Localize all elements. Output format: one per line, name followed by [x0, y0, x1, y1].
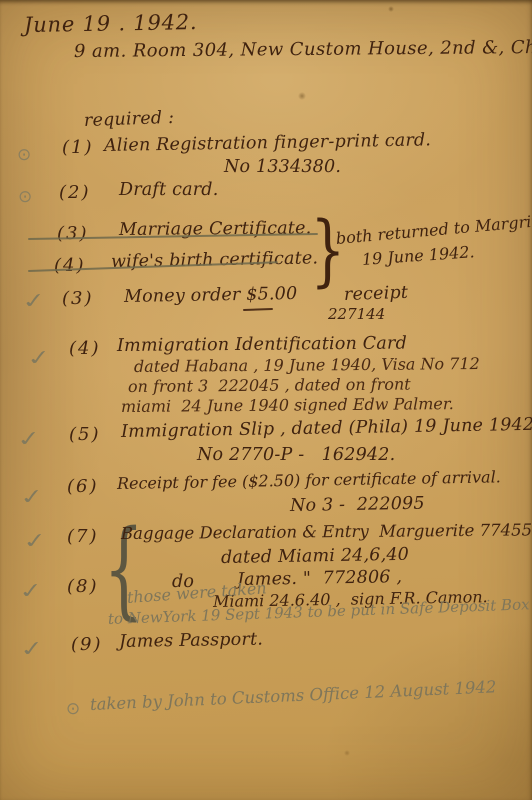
- item-number: (7): [67, 528, 99, 547]
- item-detail-line: dated Habana , 19 June 1940, Visa No 712: [134, 356, 480, 376]
- returned-note-line2: 19 June 1942.: [361, 244, 475, 269]
- item-text: Money order $5.00: [124, 285, 298, 306]
- item-number: (4): [54, 257, 86, 276]
- receipt-label: receipt: [344, 284, 409, 305]
- item-subline: No 1334380.: [224, 158, 341, 176]
- item-text: Alien Registration finger-print card.: [104, 131, 431, 155]
- section-label: required :: [84, 109, 175, 131]
- checkmark-icon: ✓: [17, 578, 44, 604]
- footer-pencil-note: taken by John to Customs Office 12 Augus…: [90, 678, 497, 713]
- item-detail-line: No 3 - 222095: [290, 495, 425, 516]
- item-number: (5): [69, 426, 101, 445]
- item-text: Baggage Declaration & Entry Marguerite 7…: [121, 521, 532, 542]
- returned-note-line1: both returned to Margrite: [335, 213, 532, 248]
- checkmark-icon: ✓: [18, 636, 45, 662]
- item-text: Draft card.: [119, 181, 218, 199]
- item-number: (8): [67, 578, 99, 597]
- header-appointment: 9 am. Room 304, New Custom House, 2nd &,…: [74, 38, 532, 62]
- item-detail-line: dated Miami 24,6,40: [221, 546, 409, 568]
- item-number: (2): [59, 184, 91, 203]
- checkmark-icon: ✓: [18, 484, 45, 510]
- checkmark-icon: ✓: [15, 426, 42, 452]
- circled-dot-icon: ⊙: [18, 187, 32, 207]
- circled-dot-icon: ⊙: [66, 699, 81, 719]
- item-detail-line: miami 24 June 1940 signed Edw Palmer.: [121, 396, 454, 416]
- item-text-struck: wife's birth certificate.: [111, 249, 319, 271]
- item-text: Immigration Identification Card: [117, 334, 407, 355]
- item-number: (6): [67, 478, 99, 497]
- checkmark-icon: ✓: [20, 288, 47, 314]
- item-number: (1): [62, 139, 94, 158]
- checkmark-icon: ✓: [21, 528, 48, 554]
- item-text: James Passport.: [119, 630, 263, 651]
- item-number: (4): [69, 340, 101, 359]
- item-detail-line: on front 3 222045 , dated on front: [128, 377, 411, 396]
- item-text: Receipt for fee ($2.50) for certificate …: [117, 469, 501, 492]
- circled-dot-icon: ⊙: [17, 145, 31, 165]
- item-number: (3): [62, 290, 94, 309]
- amount-underline: [243, 308, 273, 311]
- item-detail-line: No 2770-P - 162942.: [197, 446, 395, 464]
- brace-right-icon: }: [310, 212, 345, 290]
- header-date: June 19 . 1942.: [24, 11, 198, 36]
- item-number: (9): [71, 636, 103, 655]
- receipt-number: 227144: [328, 307, 385, 323]
- item-number: (3): [57, 225, 89, 244]
- item-text: Immigration Slip , dated (Phila) 19 June…: [121, 416, 532, 442]
- handwritten-note-page: June 19 . 1942. 9 am. Room 304, New Cust…: [0, 0, 532, 800]
- checkmark-icon: ✓: [25, 345, 52, 371]
